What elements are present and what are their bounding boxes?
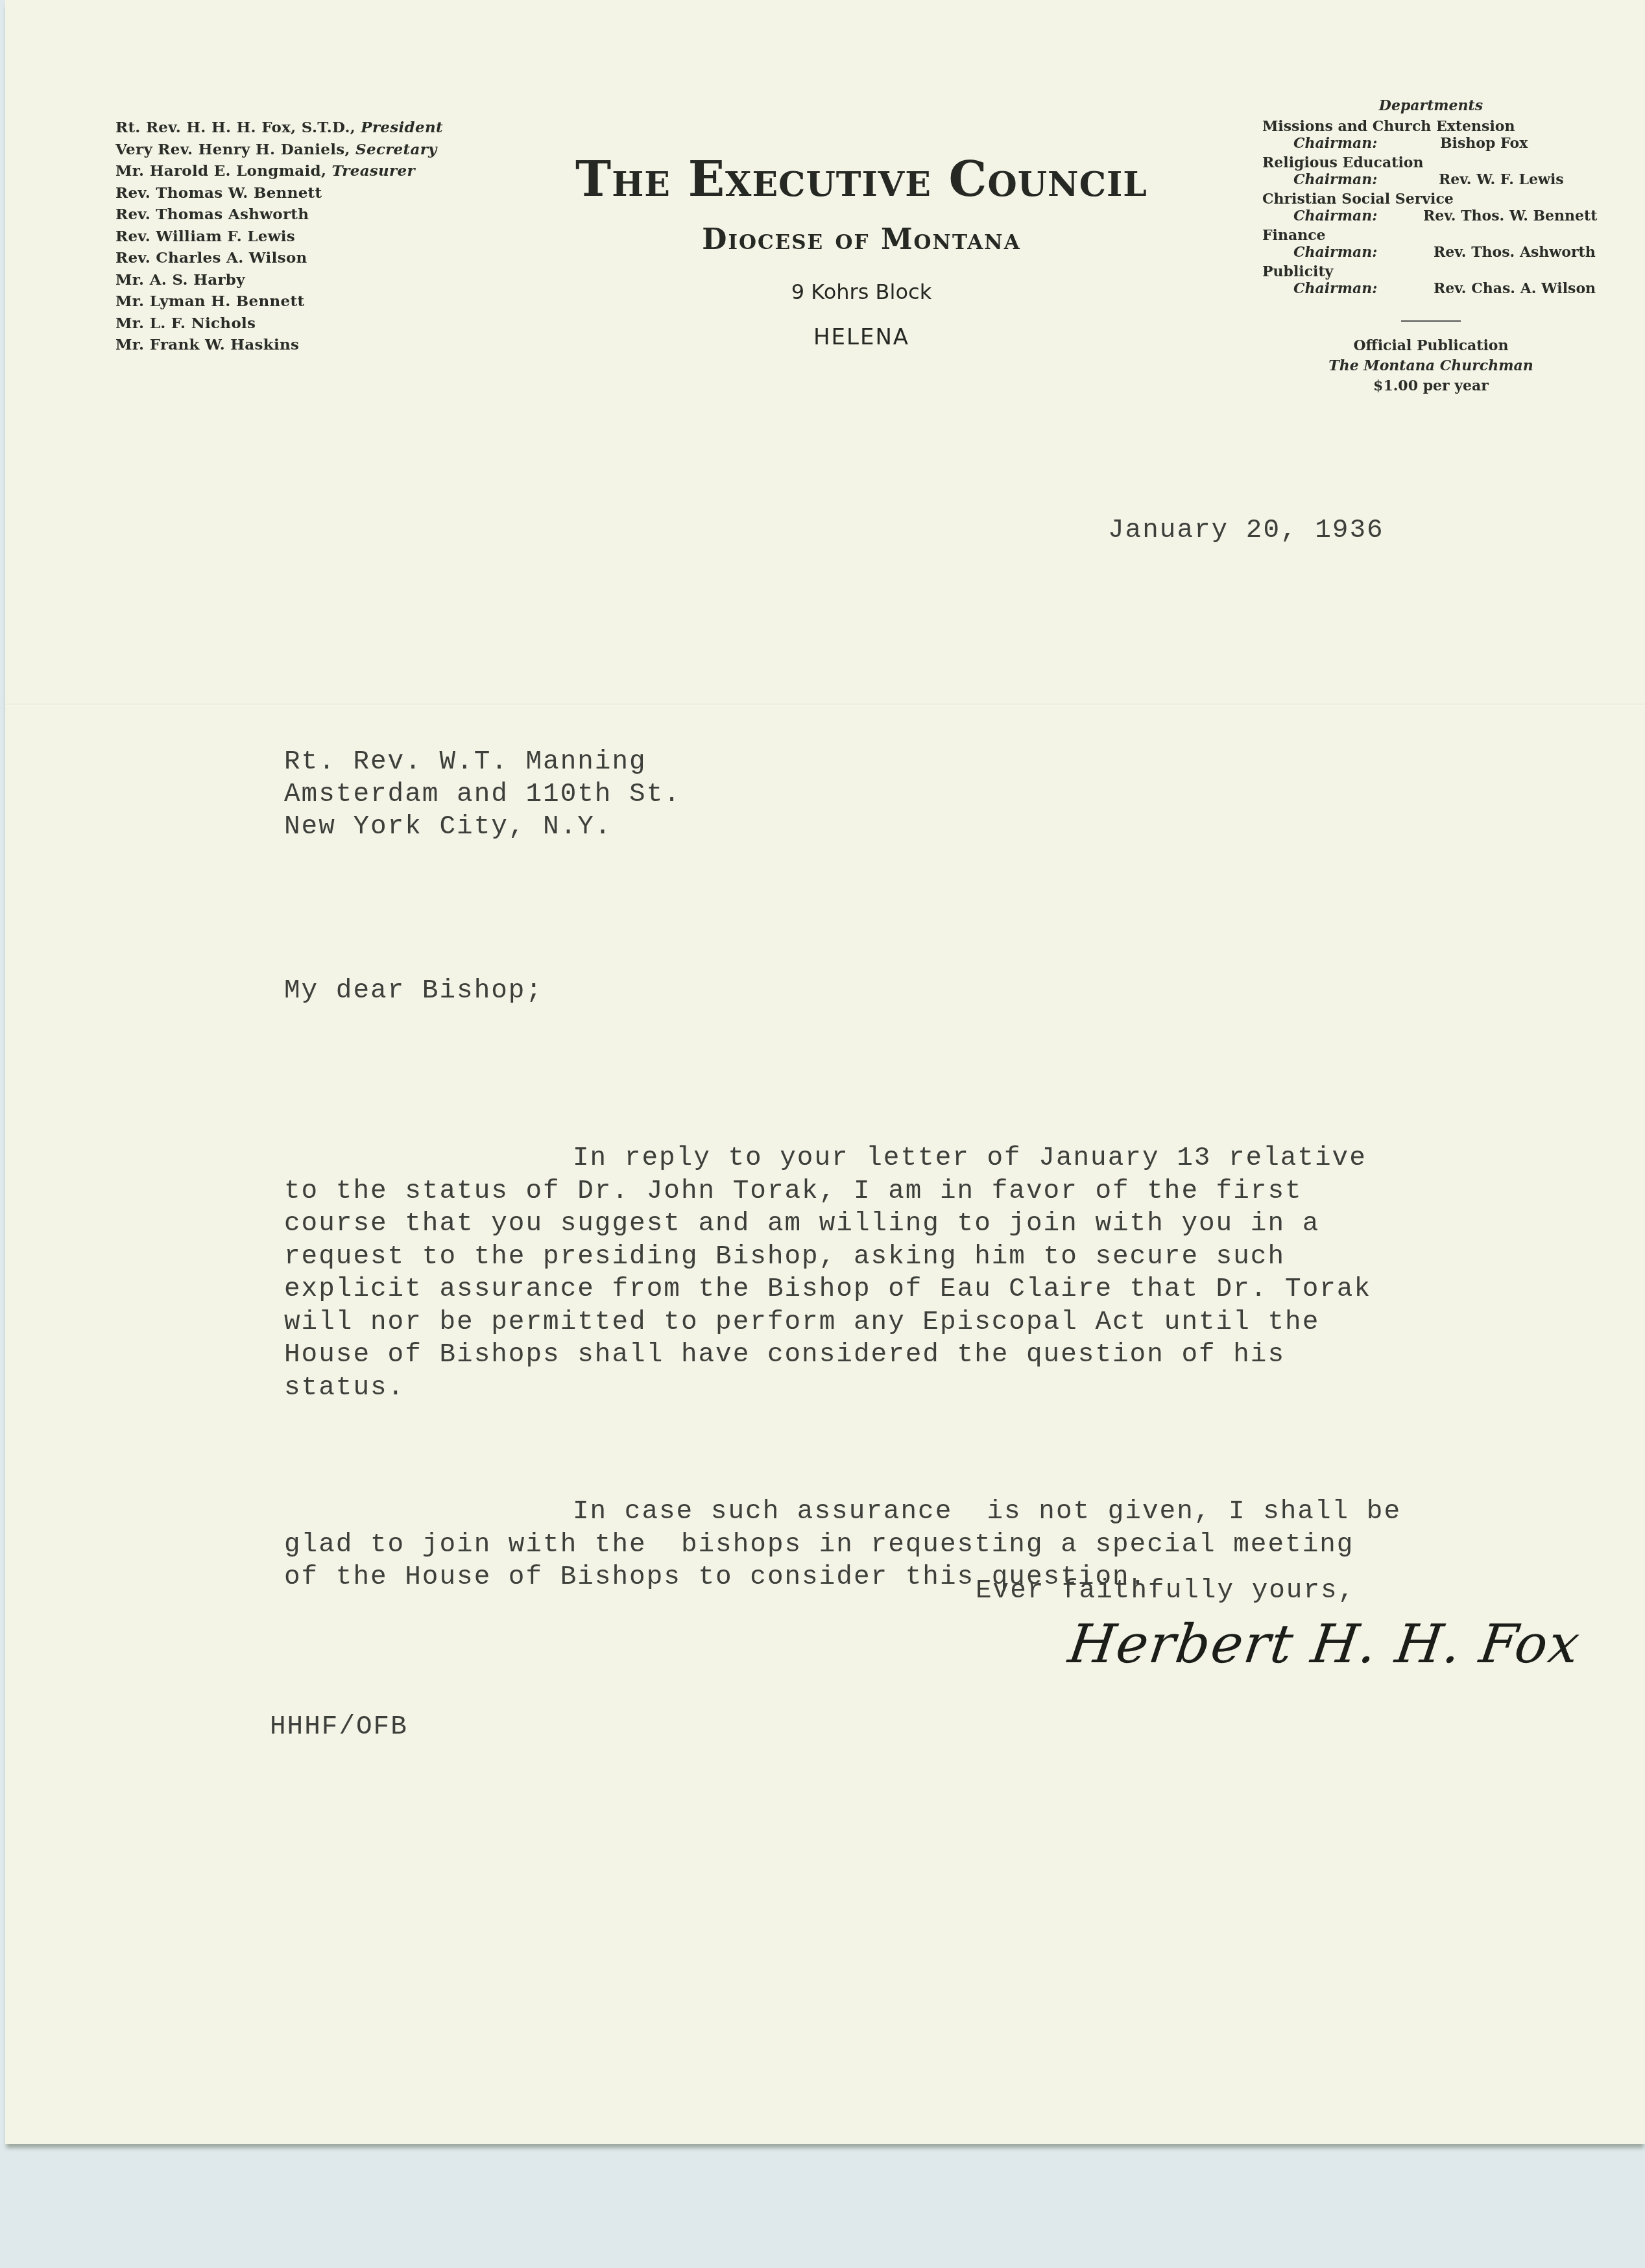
letterhead-masthead: The Executive Council Diocese of Montana… <box>537 150 1186 350</box>
council-member: Rev. Thomas Ashworth <box>115 204 443 226</box>
department-entry: Publicity Chairman:Rev. Chas. A. Wilson <box>1262 263 1600 297</box>
salutation: My dear Bishop; <box>284 976 543 1006</box>
letter-date: January 20, 1936 <box>1108 516 1384 545</box>
official-publication: Official Publication The Montana Churchm… <box>1262 336 1600 396</box>
diocese-name: Diocese of Montana <box>537 221 1186 259</box>
city-name: HELENA <box>537 324 1186 350</box>
department-entry: Religious Education Chairman:Rev. W. F. … <box>1262 154 1600 188</box>
handwritten-signature: Herbert H. H. Fox <box>1064 1614 1584 1675</box>
council-member: Mr. Frank W. Haskins <box>115 334 443 356</box>
reference-initials: HHHF/OFB <box>270 1712 408 1742</box>
council-member: Mr. A. S. Harby <box>115 269 443 291</box>
letter-body: In reply to your letter of January 13 re… <box>284 1077 1568 1686</box>
department-entry: Missions and Church Extension Chairman:B… <box>1262 118 1600 152</box>
council-member: Mr. L. F. Nichols <box>115 313 443 335</box>
department-entry: Christian Social Service Chairman:Rev. T… <box>1262 191 1600 224</box>
complimentary-closing: Ever faithfully yours, <box>976 1576 1355 1606</box>
council-member: Rev. Charles A. Wilson <box>115 247 443 269</box>
letter-page: Rt. Rev. H. H. H. Fox, S.T.D., President… <box>5 0 1645 2144</box>
body-paragraph: In reply to your letter of January 13 re… <box>284 1142 1568 1404</box>
council-members-list: Rt. Rev. H. H. H. Fox, S.T.D., President… <box>115 117 443 356</box>
departments-heading: Departments <box>1262 96 1600 115</box>
recipient-address: Rt. Rev. W.T. Manning Amsterdam and 110t… <box>284 746 681 843</box>
council-member: Mr. Lyman H. Bennett <box>115 291 443 313</box>
body-paragraph: In case such assurance is not given, I s… <box>284 1496 1568 1594</box>
organization-title: The Executive Council <box>537 150 1186 209</box>
street-address: 9 Kohrs Block <box>537 279 1186 305</box>
departments-list: Departments Missions and Church Extensio… <box>1262 96 1600 396</box>
council-member: Rev. William F. Lewis <box>115 226 443 248</box>
paper-fold-crease <box>5 704 1645 706</box>
department-entry: Finance Chairman:Rev. Thos. Ashworth <box>1262 227 1600 261</box>
council-member: Rt. Rev. H. H. H. Fox, S.T.D., President <box>115 117 443 139</box>
council-member: Mr. Harold E. Longmaid, Treasurer <box>115 160 443 182</box>
divider-rule <box>1401 320 1461 322</box>
council-member: Rev. Thomas W. Bennett <box>115 182 443 204</box>
council-member: Very Rev. Henry H. Daniels, Secretary <box>115 139 443 161</box>
